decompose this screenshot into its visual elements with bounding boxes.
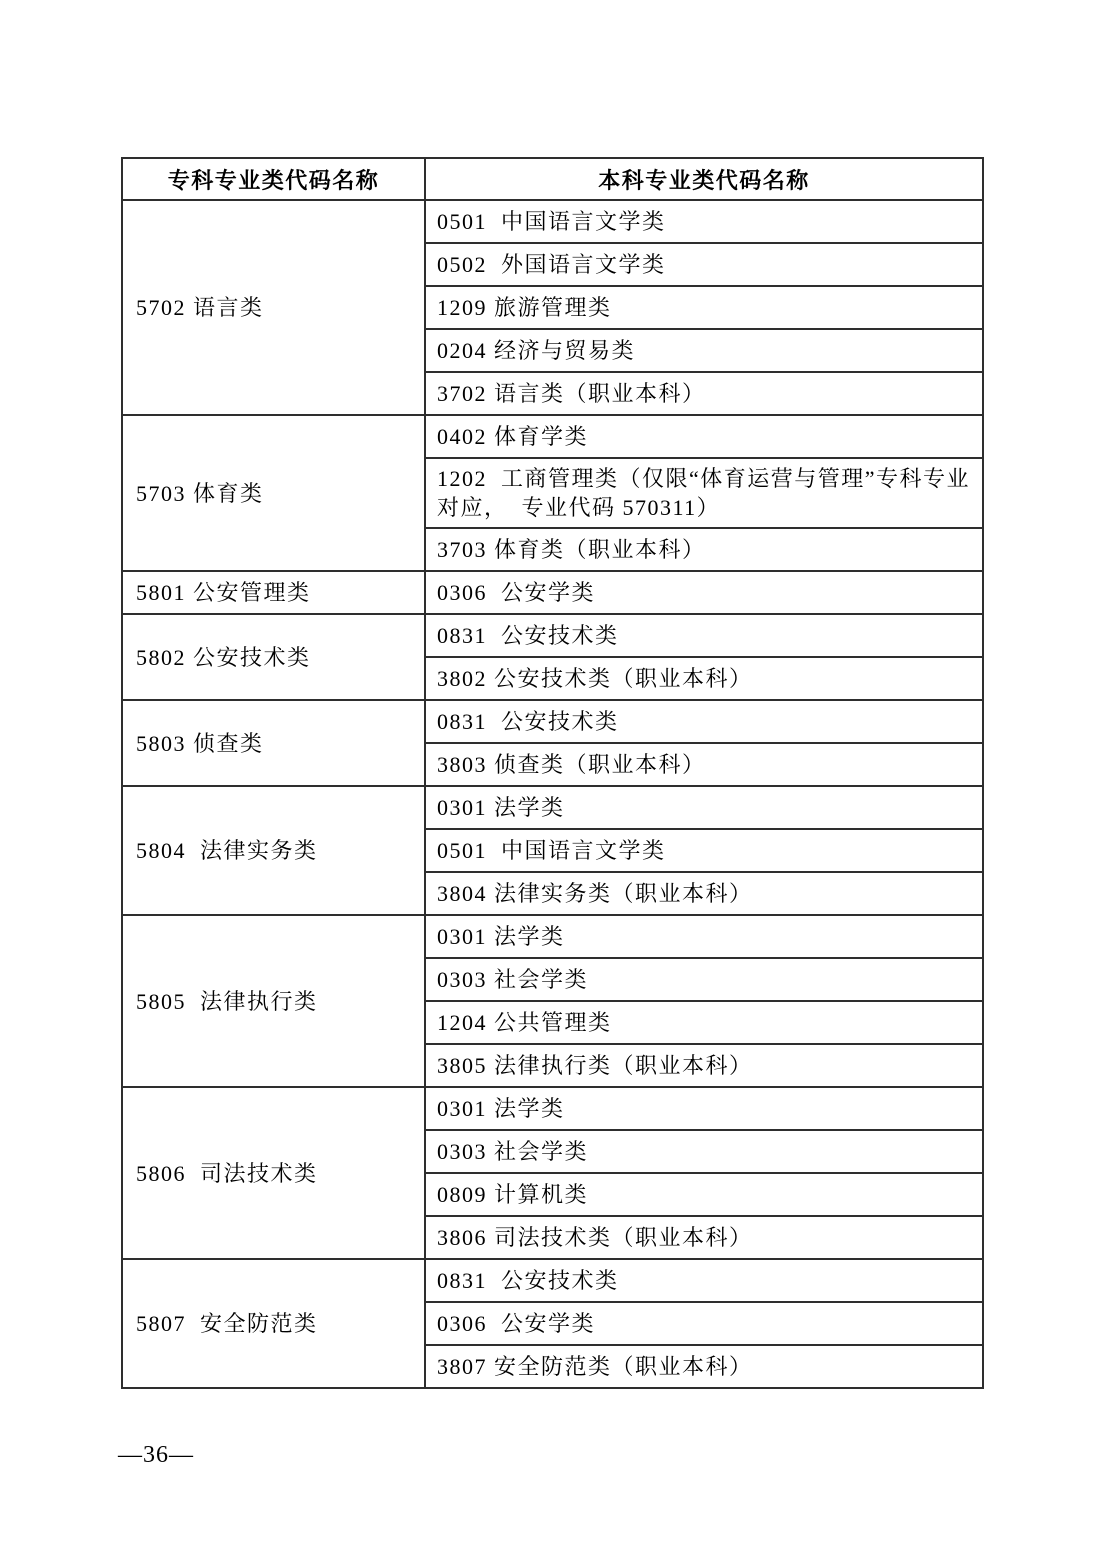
table-row: 5807 安全防范类 0831 公安技术类 (122, 1259, 983, 1302)
college-major-cell: 5802 公安技术类 (122, 614, 425, 700)
table-row: 5702 语言类 0501 中国语言文学类 (122, 200, 983, 243)
undergrad-major-cell: 3806 司法技术类（职业本科） (425, 1216, 983, 1259)
undergrad-major-cell: 3807 安全防范类（职业本科） (425, 1345, 983, 1388)
page-number: —36— (118, 1442, 194, 1469)
table-row: 5805 法律执行类 0301 法学类 (122, 915, 983, 958)
table-row: 5806 司法技术类 0301 法学类 (122, 1087, 983, 1130)
undergrad-major-cell: 3802 公安技术类（职业本科） (425, 657, 983, 700)
college-major-cell: 5703 体育类 (122, 415, 425, 571)
undergrad-major-cell: 0402 体育学类 (425, 415, 983, 458)
undergrad-major-cell: 0501 中国语言文学类 (425, 829, 983, 872)
header-college-column: 专科专业类代码名称 (122, 158, 425, 200)
undergrad-major-cell: 0301 法学类 (425, 1087, 983, 1130)
college-major-cell: 5702 语言类 (122, 200, 425, 415)
undergrad-major-cell: 0204 经济与贸易类 (425, 329, 983, 372)
undergrad-major-cell: 0831 公安技术类 (425, 1259, 983, 1302)
undergrad-major-cell: 1204 公共管理类 (425, 1001, 983, 1044)
undergrad-major-cell: 1202 工商管理类（仅限“体育运营与管理”专科专业对应， 专业代码 57031… (425, 458, 983, 528)
table-row: 5803 侦查类 0831 公安技术类 (122, 700, 983, 743)
undergrad-major-cell: 3805 法律执行类（职业本科） (425, 1044, 983, 1087)
table-header-row: 专科专业类代码名称 本科专业类代码名称 (122, 158, 983, 200)
undergrad-major-cell: 1209 旅游管理类 (425, 286, 983, 329)
college-major-cell: 5805 法律执行类 (122, 915, 425, 1087)
undergrad-major-cell: 0831 公安技术类 (425, 700, 983, 743)
undergrad-major-cell: 0502 外国语言文学类 (425, 243, 983, 286)
undergrad-major-cell: 3703 体育类（职业本科） (425, 528, 983, 571)
undergrad-major-cell: 0809 计算机类 (425, 1173, 983, 1216)
undergrad-major-cell: 0501 中国语言文学类 (425, 200, 983, 243)
undergrad-major-cell: 0306 公安学类 (425, 571, 983, 614)
table-row: 5804 法律实务类 0301 法学类 (122, 786, 983, 829)
undergrad-major-cell: 0303 社会学类 (425, 958, 983, 1001)
undergrad-major-cell: 0303 社会学类 (425, 1130, 983, 1173)
undergrad-major-cell: 3804 法律实务类（职业本科） (425, 872, 983, 915)
college-major-cell: 5803 侦查类 (122, 700, 425, 786)
undergrad-major-cell: 3803 侦查类（职业本科） (425, 743, 983, 786)
college-major-cell: 5801 公安管理类 (122, 571, 425, 614)
header-undergrad-column: 本科专业类代码名称 (425, 158, 983, 200)
college-major-cell: 5806 司法技术类 (122, 1087, 425, 1259)
table-row: 5801 公安管理类 0306 公安学类 (122, 571, 983, 614)
undergrad-major-cell: 0306 公安学类 (425, 1302, 983, 1345)
table-row: 5703 体育类 0402 体育学类 (122, 415, 983, 458)
undergrad-major-cell: 3702 语言类（职业本科） (425, 372, 983, 415)
major-code-mapping-table: 专科专业类代码名称 本科专业类代码名称 5702 语言类 0501 中国语言文学… (121, 157, 984, 1389)
table-row: 5802 公安技术类 0831 公安技术类 (122, 614, 983, 657)
college-major-cell: 5804 法律实务类 (122, 786, 425, 915)
undergrad-major-cell: 0301 法学类 (425, 915, 983, 958)
college-major-cell: 5807 安全防范类 (122, 1259, 425, 1388)
undergrad-major-cell: 0301 法学类 (425, 786, 983, 829)
undergrad-major-cell: 0831 公安技术类 (425, 614, 983, 657)
document-page: 专科专业类代码名称 本科专业类代码名称 5702 语言类 0501 中国语言文学… (0, 0, 1102, 1559)
